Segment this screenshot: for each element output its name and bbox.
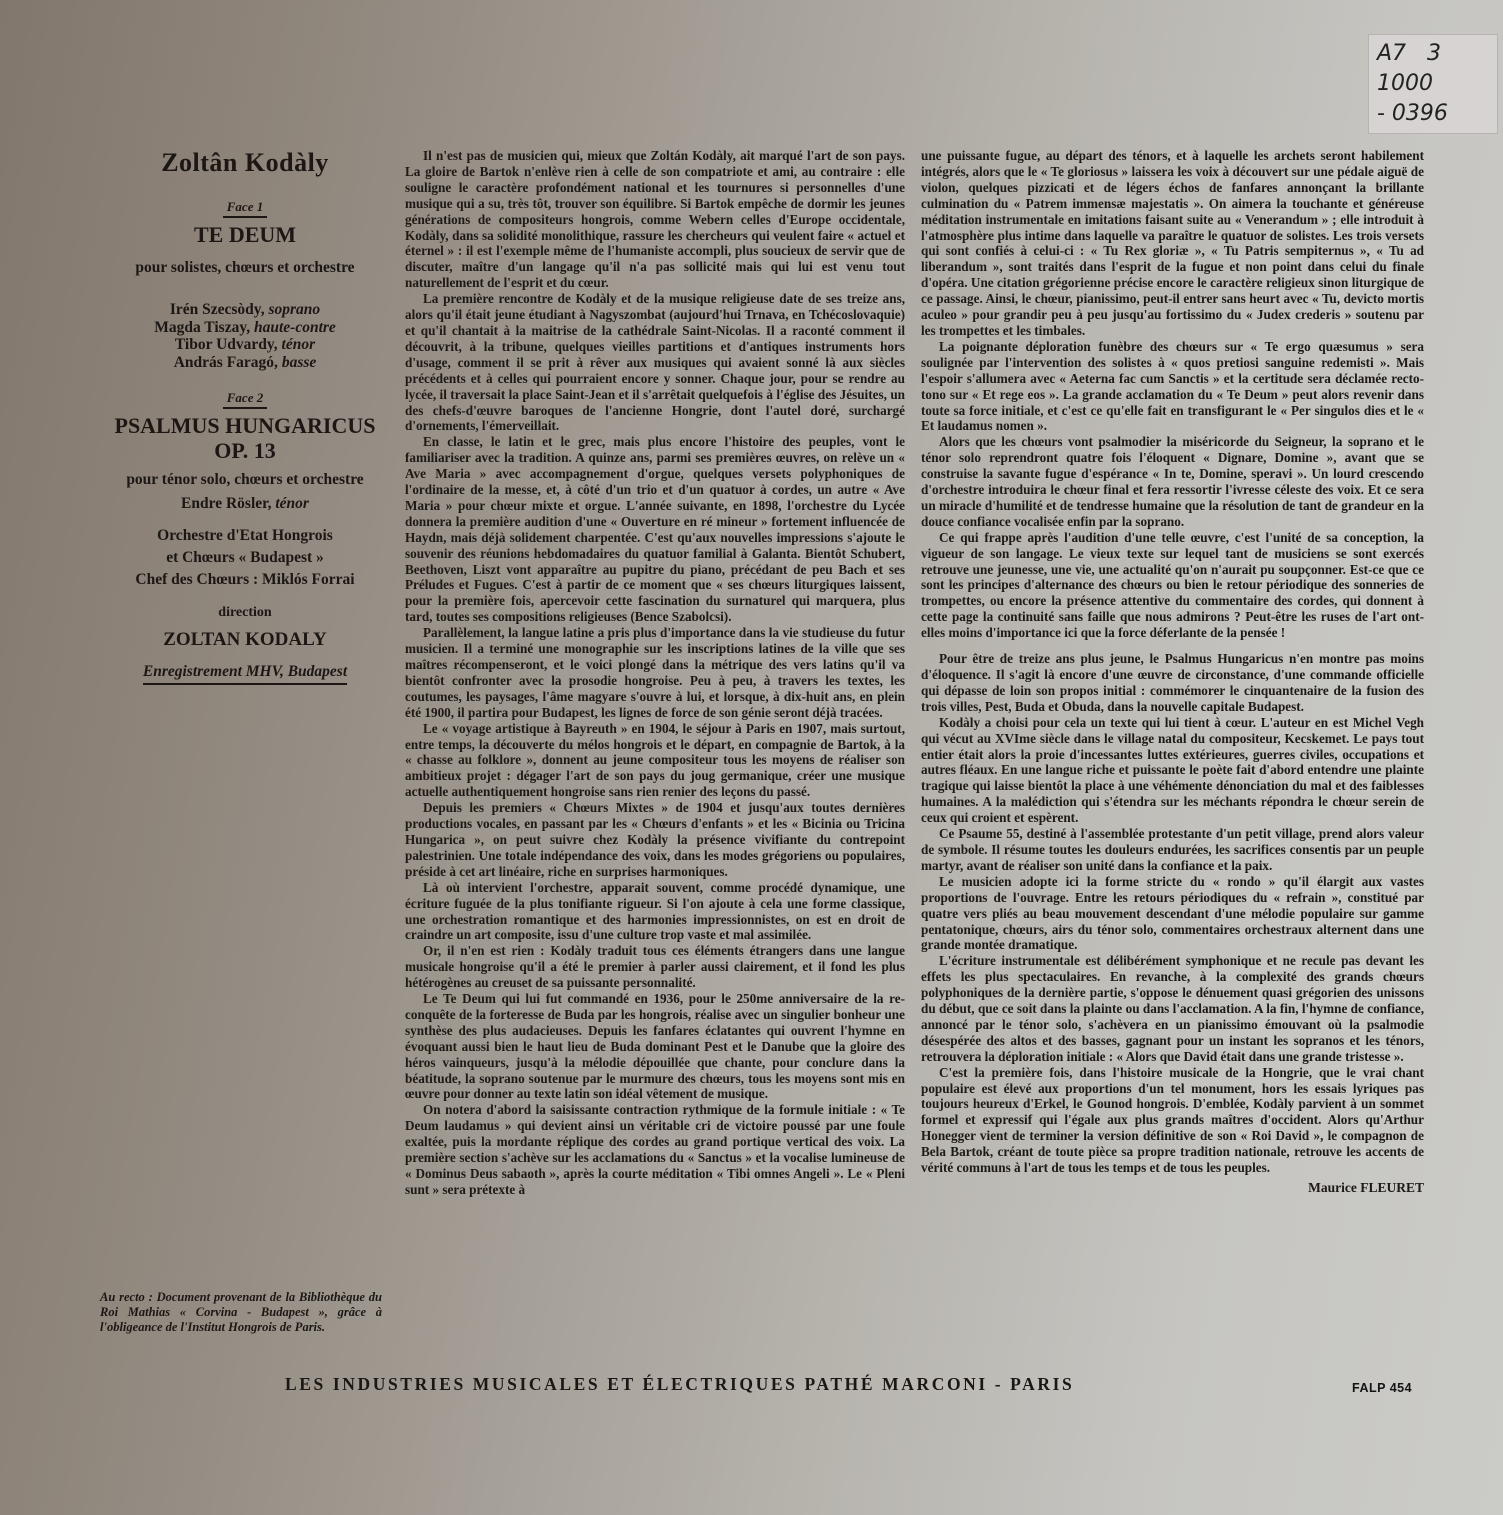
sticker-line: 1000 <box>1377 69 1489 99</box>
composer-name: Zoltân Kodàly <box>100 148 390 178</box>
paragraph: Or, il n'en est rien : Kodàly traduit to… <box>405 943 905 991</box>
psalmus-subtitle: pour ténor solo, chœurs et orchestre <box>100 471 390 489</box>
paragraph: Le Te Deum qui lui fut commandé en 1936,… <box>405 991 905 1102</box>
paragraph: La poignante déploration funèbre des chœ… <box>921 339 1424 434</box>
library-sticker: A7 3 1000 - 0396 <box>1368 34 1498 134</box>
liner-notes-column-2: une puissante fugue, au départ des ténor… <box>921 148 1424 1196</box>
paragraph: La première rencontre de Kodàly et de la… <box>405 291 905 434</box>
credits-panel: Zoltân Kodàly Face 1 TE DEUM pour solist… <box>100 148 390 685</box>
direction-label: direction <box>100 605 390 621</box>
performer: Irén Szecsòdy, soprano <box>100 301 390 319</box>
paragraph: Le musicien adopte ici la forme stricte … <box>921 874 1424 954</box>
face-1-label: Face 1 <box>223 199 267 218</box>
paragraph: On notera d'abord la saisissante contrac… <box>405 1102 905 1197</box>
paragraph: Alors que les chœurs vont psalmodier la … <box>921 434 1424 529</box>
recto-note: Au recto : Document provenant de la Bibl… <box>100 1290 382 1335</box>
performer: András Faragó, basse <box>100 354 390 372</box>
paragraph: Parallèlement, la langue latine a pris p… <box>405 625 905 720</box>
paragraph: une puissante fugue, au départ des ténor… <box>921 148 1424 339</box>
psalmus-title: PSALMUS HUNGARICUS <box>100 413 390 438</box>
catalog-number: FALP 454 <box>1352 1381 1412 1395</box>
paragraph: En classe, le latin et le grec, mais plu… <box>405 434 905 625</box>
recording-credit: Enregistrement MHV, Budapest <box>143 663 347 685</box>
performer: Magda Tiszay, haute-contre <box>100 319 390 337</box>
paragraph: Ce Psaume 55, destiné à l'assemblée prot… <box>921 826 1424 874</box>
conductor-name: ZOLTAN KODALY <box>100 629 390 651</box>
psalmus-soloist: Endre Rösler, ténor <box>100 495 390 513</box>
paragraph: Kodàly a choisi pour cela un texte qui l… <box>921 715 1424 826</box>
chorus-master: Chef des Chœurs : Miklós Forrai <box>100 569 390 591</box>
paragraph: Pour être de treize ans plus jeune, le P… <box>921 651 1424 715</box>
paragraph: Il n'est pas de musicien qui, mieux que … <box>405 148 905 291</box>
paragraph: Là où intervient l'orchestre, apparait s… <box>405 880 905 944</box>
paragraph: Depuis les premiers « Chœurs Mixtes » de… <box>405 800 905 880</box>
paragraph: L'écriture instrumentale est délibérémen… <box>921 953 1424 1064</box>
author-signature: Maurice FLEURET <box>921 1180 1424 1196</box>
sticker-line: - 0396 <box>1377 99 1489 129</box>
liner-notes-column-1: Il n'est pas de musicien qui, mieux que … <box>405 148 905 1198</box>
paragraph: C'est la première fois, dans l'histoire … <box>921 1065 1424 1176</box>
performer: Tibor Udvardy, ténor <box>100 336 390 354</box>
te-deum-subtitle: pour solistes, chœurs et orchestre <box>100 259 390 277</box>
te-deum-title: TE DEUM <box>100 222 390 247</box>
publisher-line: LES INDUSTRIES MUSICALES ET ÉLECTRIQUES … <box>285 1374 1074 1395</box>
orchestra: Orchestre d'Etat Hongrois et Chœurs « Bu… <box>100 525 390 591</box>
psalmus-opus: OP. 13 <box>100 438 390 463</box>
paragraph: Le « voyage artistique à Bayreuth » en 1… <box>405 721 905 801</box>
sticker-line: A7 3 <box>1377 39 1489 69</box>
te-deum-performers: Irén Szecsòdy, soprano Magda Tiszay, hau… <box>100 301 390 371</box>
face-2-label: Face 2 <box>223 390 267 409</box>
paragraph: Ce qui frappe après l'audition d'une tel… <box>921 530 1424 641</box>
